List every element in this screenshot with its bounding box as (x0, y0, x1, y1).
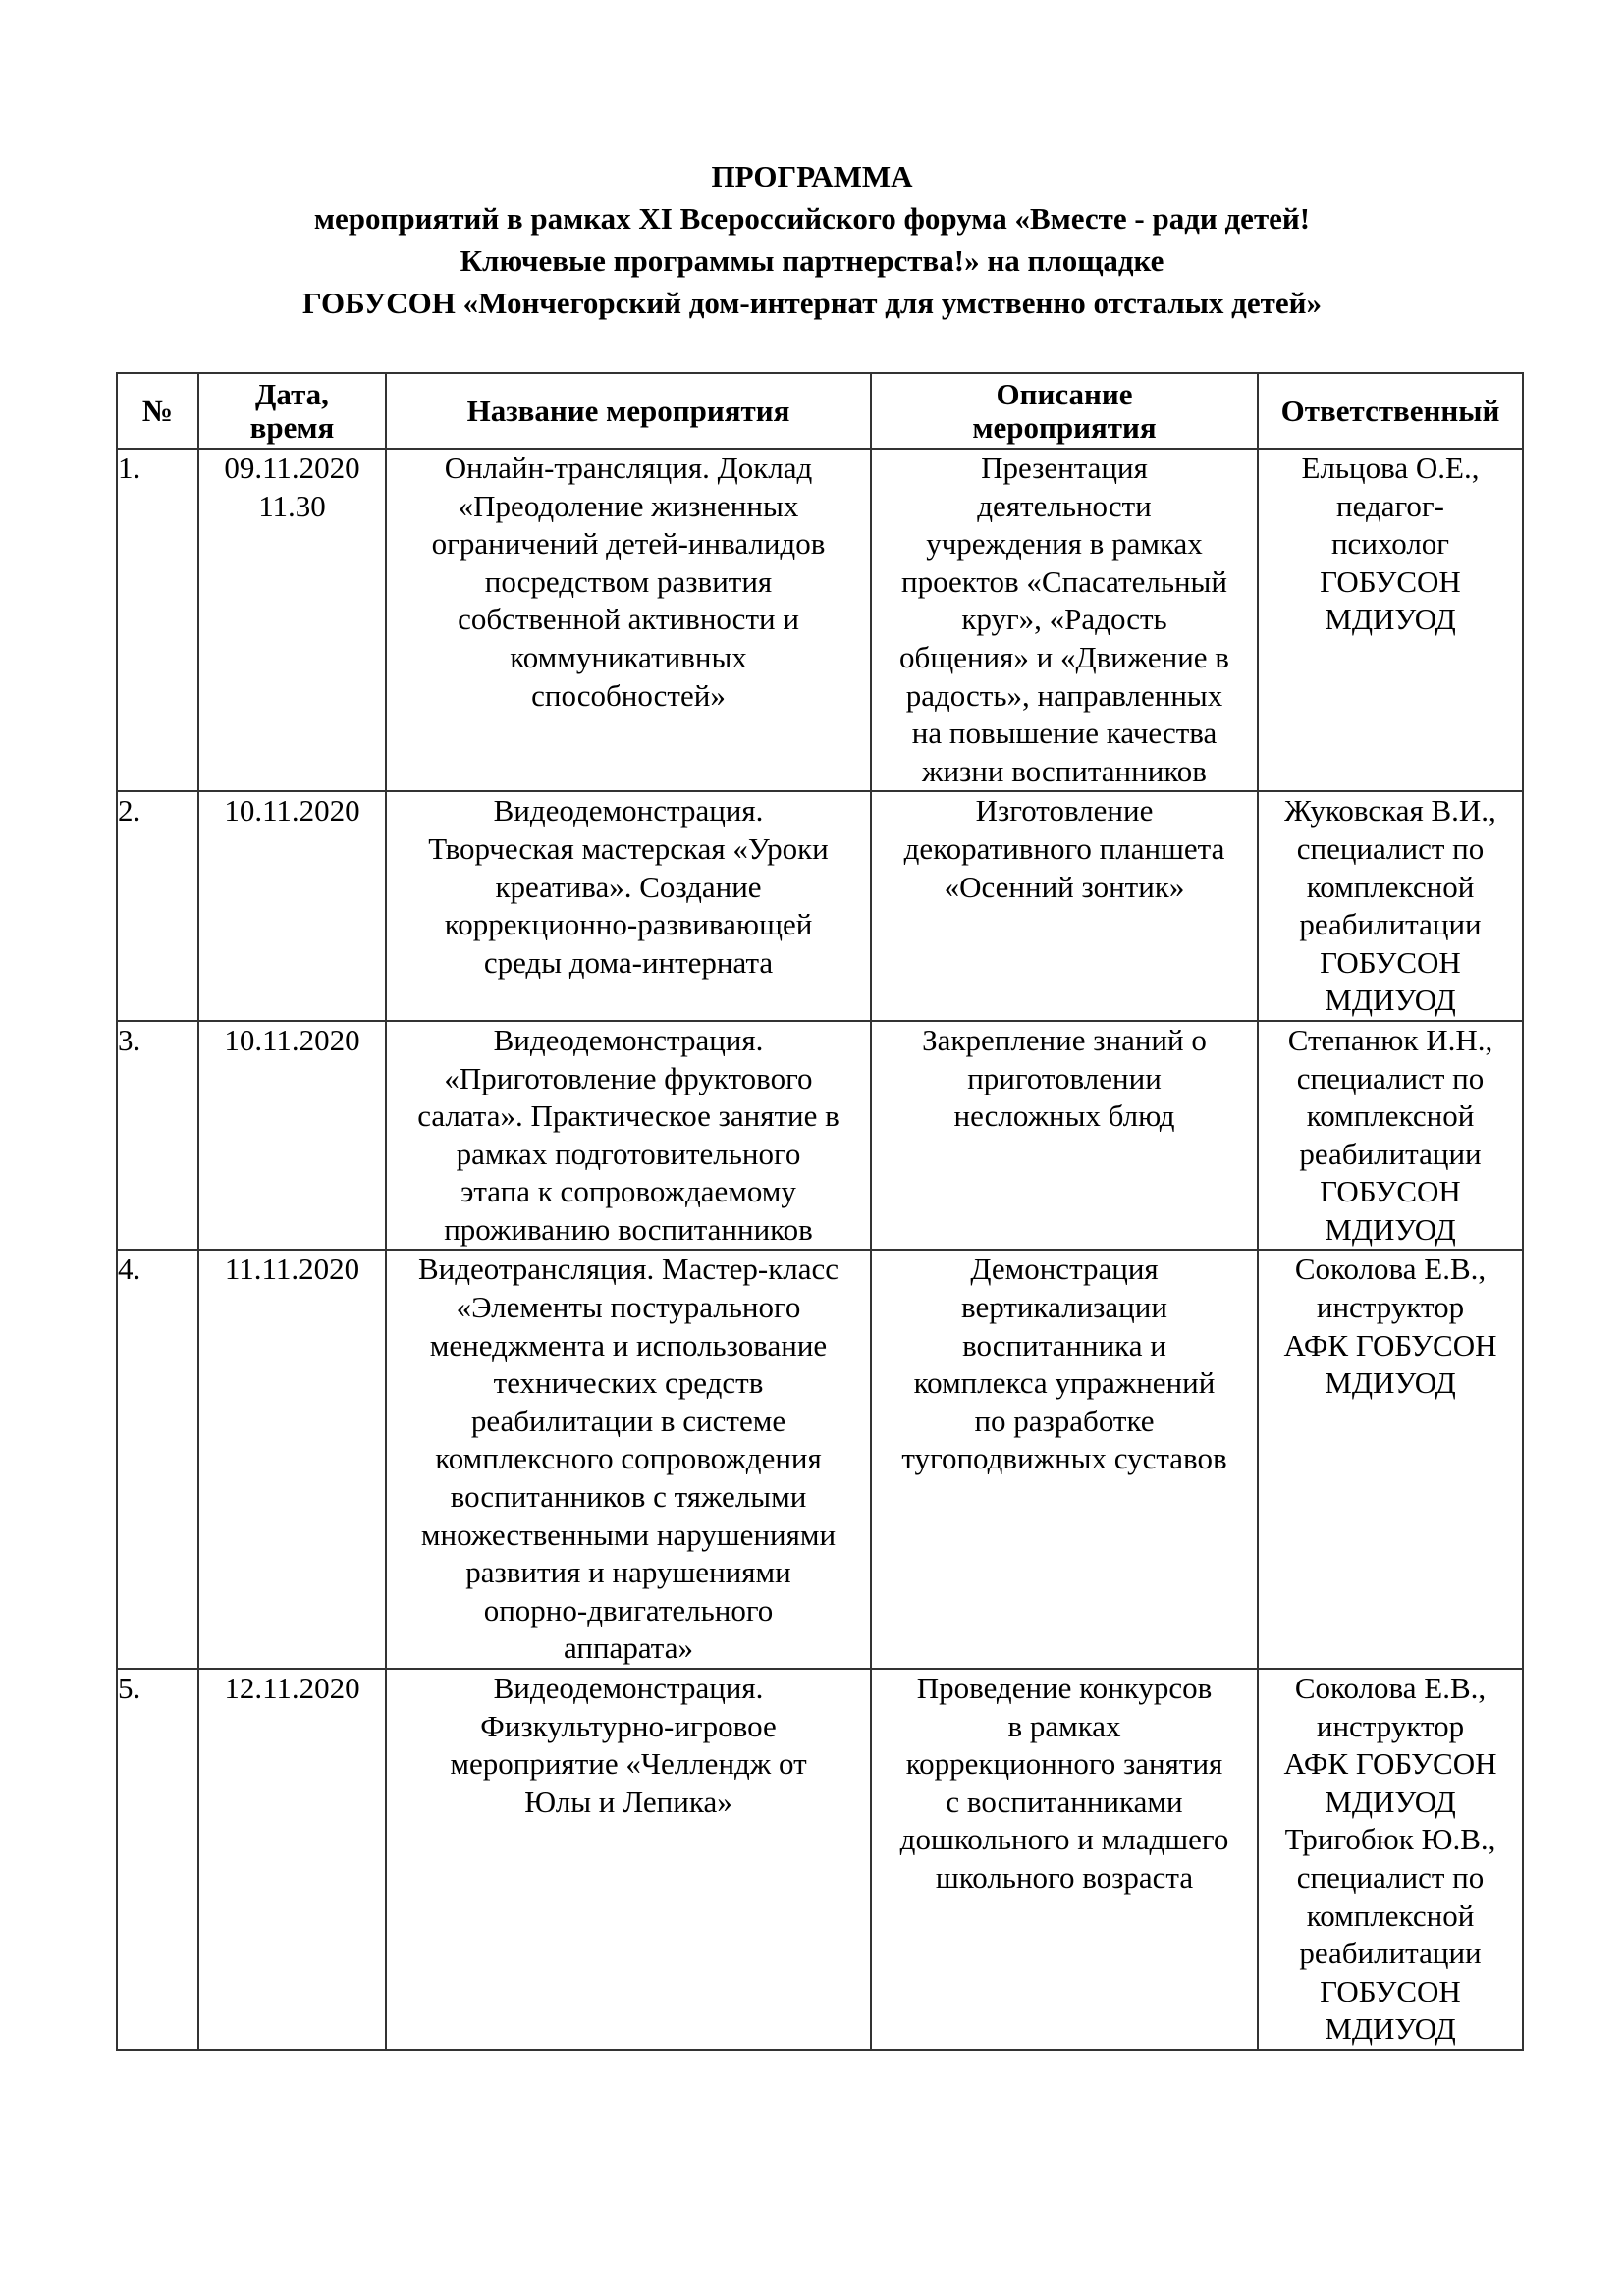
cell-responsible: Соколова Е.В., инструктор АФК ГОБУСОН МД… (1258, 1250, 1523, 1669)
cell-date-time: 10.11.2020 (198, 1021, 386, 1251)
cell-responsible: Жуковская В.И., специалист по комплексно… (1258, 791, 1523, 1021)
cell-event-name: Онлайн-трансляция. Доклад «Преодоление ж… (386, 449, 871, 791)
cell-number: 5. (117, 1669, 198, 2050)
cell-event-description: Проведение конкурсов в рамках коррекцион… (871, 1669, 1258, 2050)
cell-event-description: Демонстрация вертикализации воспитанника… (871, 1250, 1258, 1669)
table-row: 4. 11.11.2020 Видеотрансляция. Мастер-кл… (117, 1250, 1523, 1669)
cell-event-name: Видеотрансляция. Мастер-класс «Элементы … (386, 1250, 871, 1669)
table-row: 1. 09.11.2020 11.30 Онлайн-трансляция. Д… (117, 449, 1523, 791)
table-row: 2. 10.11.2020 Видеодемонстрация. Творчес… (117, 791, 1523, 1021)
header-responsible: Ответственный (1258, 373, 1523, 449)
cell-event-description: Презентация деятельности учреждения в ра… (871, 449, 1258, 791)
cell-event-name: Видеодемонстрация. «Приготовление фрукто… (386, 1021, 871, 1251)
program-table: № Дата, время Название мероприятия Описа… (116, 372, 1524, 2051)
title-heading: ПРОГРАММА (0, 155, 1624, 197)
cell-date-time: 10.11.2020 (198, 791, 386, 1021)
cell-number: 3. (117, 1021, 198, 1251)
cell-event-description: Закрепление знаний о приготовлении несло… (871, 1021, 1258, 1251)
title-subtitle-line-3: ГОБУСОН «Мончегорский дом-интернат для у… (0, 282, 1624, 324)
table-header-row: № Дата, время Название мероприятия Описа… (117, 373, 1523, 449)
document-title: ПРОГРАММА мероприятий в рамках XI Всерос… (0, 155, 1624, 324)
cell-number: 4. (117, 1250, 198, 1669)
title-subtitle-line-2: Ключевые программы партнерства!» на площ… (0, 240, 1624, 282)
cell-responsible: Ельцова О.Е., педагог- психолог ГОБУСОН … (1258, 449, 1523, 791)
header-number: № (117, 373, 198, 449)
cell-event-name: Видеодемонстрация. Физкультурно-игровое … (386, 1669, 871, 2050)
header-date-time: Дата, время (198, 373, 386, 449)
table-row: 5. 12.11.2020 Видеодемонстрация. Физкуль… (117, 1669, 1523, 2050)
cell-date-time: 11.11.2020 (198, 1250, 386, 1669)
cell-responsible: Степанюк И.Н., специалист по комплексной… (1258, 1021, 1523, 1251)
header-event-name: Название мероприятия (386, 373, 871, 449)
cell-event-name: Видеодемонстрация. Творческая мастерская… (386, 791, 871, 1021)
cell-date-time: 12.11.2020 (198, 1669, 386, 2050)
title-subtitle-line-1: мероприятий в рамках XI Всероссийского ф… (0, 197, 1624, 240)
cell-event-description: Изготовление декоративного планшета «Осе… (871, 791, 1258, 1021)
cell-responsible: Соколова Е.В., инструктор АФК ГОБУСОН МД… (1258, 1669, 1523, 2050)
cell-number: 2. (117, 791, 198, 1021)
cell-number: 1. (117, 449, 198, 791)
header-event-description: Описание мероприятия (871, 373, 1258, 449)
table-row: 3. 10.11.2020 Видеодемонстрация. «Пригот… (117, 1021, 1523, 1251)
cell-date-time: 09.11.2020 11.30 (198, 449, 386, 791)
